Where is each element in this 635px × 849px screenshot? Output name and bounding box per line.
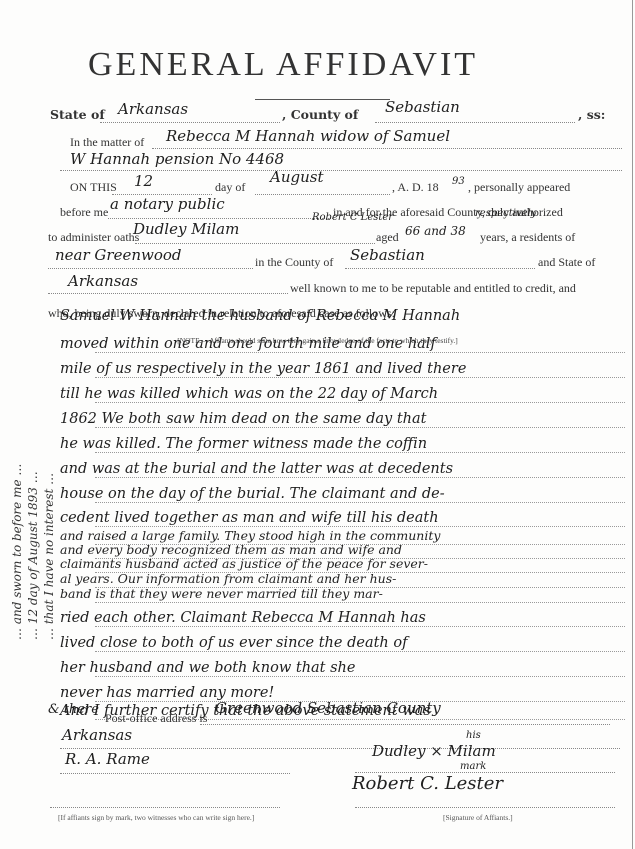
year-value: 93 — [452, 176, 465, 187]
state-of-label: and State of — [538, 255, 595, 270]
margin-note-line: … 12 day of August 1893 … — [26, 471, 40, 640]
statement-line: cedent lived together as man and wife ti… — [60, 510, 439, 526]
county-of-label: in the County of — [255, 255, 333, 270]
state-value: Arkansas — [118, 100, 188, 118]
page-edge — [632, 0, 633, 849]
residence-state-value: Arkansas — [68, 272, 138, 290]
statement-line: ried each other. Claimant Rebecca M Hann… — [60, 610, 426, 626]
ruled-line — [95, 377, 625, 378]
aged-label: aged — [376, 230, 399, 245]
statement-line: and was at the burial and the latter was… — [60, 461, 453, 477]
ruled-line — [95, 477, 625, 478]
ruled-line — [95, 626, 625, 627]
county-label: , County of — [282, 107, 358, 122]
statement-line: lived close to both of us ever since the… — [60, 635, 407, 651]
residence-county-value: Sebastian — [350, 246, 425, 264]
margin-note-line: … that I have no interest … — [42, 473, 56, 640]
ruled-line — [95, 651, 625, 652]
statement-line: and raised a large family. They stood hi… — [60, 528, 440, 543]
matter-value-line2: W Hannah pension No 4468 — [70, 150, 284, 168]
document-title: GENERAL AFFIDAVIT — [88, 46, 478, 84]
reputable-label: well known to me to be reputable and ent… — [290, 281, 576, 296]
witness-note: [If affiants sign by mark, two witnesses… — [58, 813, 254, 822]
respectively-insert: respectively — [475, 208, 536, 219]
statement-line: 1862 We both saw him dead on the same da… — [60, 411, 426, 427]
margin-note-line: … and sworn to before me … — [10, 464, 24, 640]
affiant1-mark: mark — [460, 761, 486, 772]
statement-line: claimants husband acted as justice of th… — [60, 556, 428, 571]
signature-note: [Signature of Affiants.] — [443, 813, 513, 822]
affiant-note: [NOTE.—Affiants should state how they ga… — [0, 336, 635, 345]
affiant1-signature: Dudley × Milam — [372, 742, 496, 760]
statement-line: and every body recognized them as man an… — [60, 542, 402, 557]
ad-label: , A. D. 18 — [392, 180, 439, 195]
statement-line: house on the day of the burial. The clai… — [60, 486, 445, 502]
postoffice-value-line2: Arkansas — [62, 726, 132, 744]
affiant-value: Dudley Milam — [133, 220, 239, 238]
ruled-line — [95, 602, 625, 603]
affiant-insert: Robert C Lester — [312, 212, 393, 223]
statement-line: al years. Our information from claimant … — [60, 571, 396, 586]
ss-label: , ss: — [578, 107, 605, 122]
day-of-label: day of — [215, 180, 245, 195]
statement-line: band is that they were never married til… — [60, 586, 383, 601]
matter-label: In the matter of — [70, 135, 144, 150]
residence-value: near Greenwood — [55, 246, 182, 264]
aged-value: 66 and 38 — [405, 224, 466, 238]
affiant1-his: his — [466, 730, 481, 741]
on-this-label: ON THIS — [70, 180, 117, 195]
postoffice-label: Post-office address is — [105, 711, 207, 726]
ruled-line — [95, 452, 625, 453]
statement-line: he was killed. The former witness made t… — [60, 436, 427, 452]
ruled-line — [95, 676, 625, 677]
matter-value-line1: Rebecca M Hannah widow of Samuel — [166, 127, 450, 145]
witness-signature: R. A. Rame — [65, 750, 150, 768]
before-me-value: a notary public — [110, 195, 225, 213]
years-label: years, a residents of — [480, 230, 575, 245]
ruled-line — [95, 402, 625, 403]
statement-line: & there — [48, 702, 99, 717]
affiant2-signature: Robert C. Lester — [352, 773, 503, 794]
appeared-label: , personally appeared — [468, 180, 570, 195]
ruled-line — [95, 526, 625, 527]
ruled-line — [95, 427, 625, 428]
administer-label: to administer oaths — [48, 230, 139, 245]
ruled-line — [95, 352, 625, 353]
statement-line: Samuel W Hannah the husband of Rebecca M… — [60, 308, 460, 324]
before-me-label: before me — [60, 205, 108, 220]
ruled-line — [95, 502, 625, 503]
postoffice-value-line1: Greenwood Sebastian County — [215, 699, 441, 717]
state-label: State of — [50, 107, 105, 122]
statement-line: till he was killed which was on the 22 d… — [60, 386, 438, 402]
month-value: August — [270, 168, 323, 186]
title-rule — [255, 99, 390, 100]
statement-line: her husband and we both know that she — [60, 660, 355, 676]
county-value: Sebastian — [385, 98, 460, 116]
affidavit-page: … and sworn to before me … … 12 day of A… — [0, 0, 635, 849]
statement-line: mile of us respectively in the year 1861… — [60, 361, 466, 377]
day-value: 12 — [134, 172, 153, 190]
